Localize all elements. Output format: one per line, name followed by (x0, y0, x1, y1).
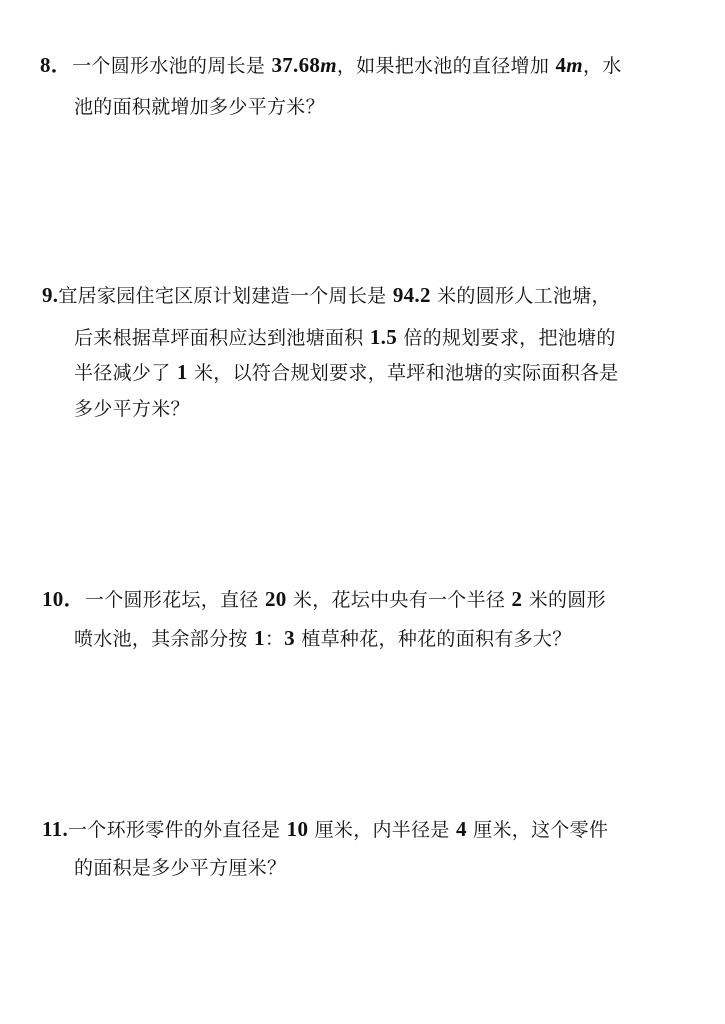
value-circumference: 94.2 (393, 283, 431, 307)
question-text: 植草种花，种花的面积有多大？ (295, 628, 572, 650)
question-number: 8． (40, 53, 72, 77)
question-text: 米，花坛中央有一个半径 (287, 589, 512, 611)
question-8-line-1: 8．一个圆形水池的周长是 37.68m，如果把水池的直径增加 4m，水 (40, 53, 622, 77)
question-text: 半径减少了 (74, 362, 177, 384)
value-diameter: 20 (265, 587, 287, 611)
question-text: 宜居家园住宅区原计划建造一个周长是 (58, 285, 392, 307)
question-text: 厘米，内半径是 (308, 819, 456, 841)
question-9-line-2: 后来根据草坪面积应达到池塘面积 1.5 倍的规划要求，把池塘的 (74, 325, 616, 349)
question-text: 一个圆形花坛，直径 (85, 589, 265, 611)
question-9-line-4: 多少平方米？ (74, 397, 190, 421)
value-diameter-increase: 4 (555, 53, 566, 77)
question-text: 的面积是多少平方厘米？ (74, 857, 286, 879)
question-text: 米，以符合规划要求，草坪和池塘的实际面积各是 (188, 362, 619, 384)
question-text: 后来根据草坪面积应达到池塘面积 (74, 327, 370, 349)
question-number: 11. (42, 817, 68, 841)
question-8-line-2: 池的面积就增加多少平方米？ (74, 95, 325, 119)
question-text: ，水 (583, 55, 622, 77)
question-text: 喷水池，其余部分按 (74, 628, 254, 650)
question-text: 厘米，这个零件 (467, 819, 608, 841)
value-inner-radius: 4 (456, 817, 467, 841)
value-radius-decrease: 1 (177, 360, 188, 384)
question-text: 倍的规划要求，把池塘的 (397, 327, 616, 349)
question-text: ，如果把水池的直径增加 (337, 55, 556, 77)
question-9-line-3: 半径减少了 1 米，以符合规划要求，草坪和池塘的实际面积各是 (74, 360, 619, 384)
question-number: 10． (42, 587, 85, 611)
unit-meter: m (320, 53, 337, 77)
question-10-line-1: 10．一个圆形花坛，直径 20 米，花坛中央有一个半径 2 米的圆形 (42, 587, 606, 611)
value-ratio-right: 3 (284, 626, 295, 650)
question-11-line-2: 的面积是多少平方厘米？ (74, 856, 286, 880)
value-outer-diameter: 10 (287, 817, 309, 841)
ratio-colon: ： (265, 628, 284, 650)
question-9-line-1: 9.宜居家园住宅区原计划建造一个周长是 94.2 米的圆形人工池塘， (42, 283, 611, 307)
question-text: 米的圆形人工池塘， (431, 285, 611, 307)
question-text: 米的圆形 (522, 589, 606, 611)
unit-meter: m (566, 53, 583, 77)
value-radius: 2 (512, 587, 523, 611)
question-text: 池的面积就增加多少平方米？ (74, 96, 325, 118)
question-11-line-1: 11.一个环形零件的外直径是 10 厘米，内半径是 4 厘米，这个零件 (42, 817, 608, 841)
value-ratio: 1.5 (370, 325, 397, 349)
question-number: 9. (42, 283, 58, 307)
question-text: 一个圆形水池的周长是 (72, 55, 271, 77)
worksheet-page: 8．一个圆形水池的周长是 37.68m，如果把水池的直径增加 4m，水 池的面积… (0, 0, 725, 1024)
question-text: 多少平方米？ (74, 398, 190, 420)
question-text: 一个环形零件的外直径是 (68, 819, 287, 841)
value-circumference: 37.68 (271, 53, 320, 77)
question-10-line-2: 喷水池，其余部分按 1：3 植草种花，种花的面积有多大？ (74, 626, 572, 650)
value-ratio-left: 1 (254, 626, 265, 650)
